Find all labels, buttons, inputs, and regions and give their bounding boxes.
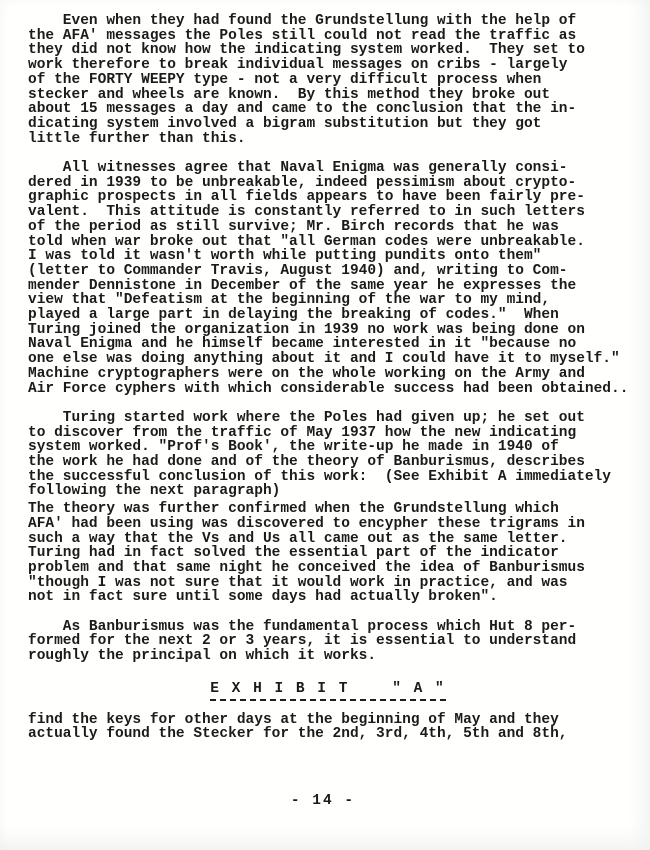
- paragraph-poles-grundstellung: Even when they had found the Grundstellu…: [28, 14, 628, 146]
- exhibit-heading-text: E X H I B I T " A ": [210, 681, 445, 701]
- exhibit-heading: E X H I B I T " A ": [28, 679, 628, 701]
- page-number: - 14 -: [258, 793, 388, 809]
- paragraph-turing-started-work: Turing started work where the Poles had …: [28, 411, 628, 499]
- document-text-block: Even when they had found the Grundstellu…: [28, 14, 628, 757]
- paragraph-banburismus-fundamental: As Banburismus was the fundamental proce…: [28, 620, 628, 664]
- paragraph-naval-enigma-unbreakable: All witnesses agree that Naval Enigma wa…: [28, 161, 628, 396]
- document-page: Even when they had found the Grundstellu…: [0, 0, 650, 850]
- paragraph-stecker-keys: find the keys for other days at the begi…: [28, 713, 628, 742]
- paragraph-theory-confirmed: The theory was further confirmed when th…: [28, 502, 628, 605]
